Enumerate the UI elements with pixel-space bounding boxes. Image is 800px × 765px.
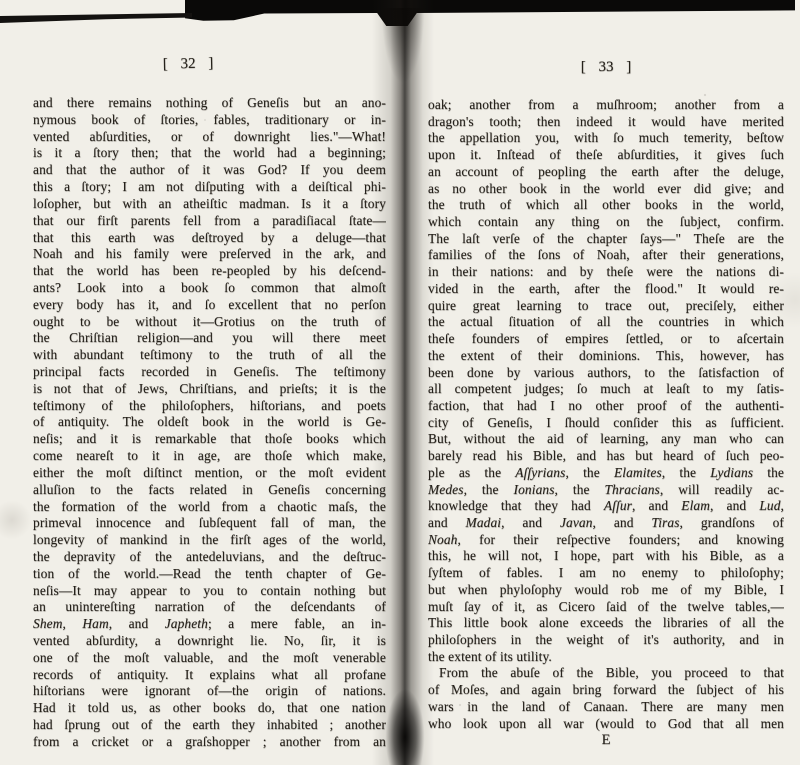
text-line: families of the ſons of Noah, after thei… [428, 247, 784, 264]
text-line: longevity of mankind in the firſt ages o… [33, 532, 386, 549]
page-number-left: [ 32 ] [132, 55, 244, 74]
text-line: primeval innocence and ſubſequent fall o… [33, 515, 386, 532]
text-line: the depravity of the antedeluvians, and … [33, 549, 386, 566]
text-line: muſt ſay of it, as Cicero ſaid of the tw… [428, 599, 784, 616]
italic-text: Javan [560, 515, 593, 530]
scan-top-edge-artifact [185, 0, 795, 26]
text-line: vided in the earth, after the flood." It… [428, 281, 784, 298]
text-line: that the world has been re-peopled by hi… [33, 263, 386, 280]
text-line: quire great learning to trace out, preci… [428, 298, 784, 315]
text-line: an account of peopling the earth after t… [428, 164, 784, 181]
text-line: tion of the world.—Read the tenth chapte… [33, 566, 386, 583]
italic-text: Japheth [165, 616, 208, 631]
text-line: the extent of its utility. [428, 649, 784, 666]
text-line: hiſtorians were ignorant of—the origin o… [33, 683, 386, 700]
page-number-right: [ 33 ] [550, 59, 662, 76]
text-line: upon it. Inſtead of theſe abſurdities, i… [428, 147, 784, 164]
text-line: wars in the land of Canaan. There are ma… [428, 699, 784, 716]
text-line: the appellation you, with ſo much temeri… [428, 130, 784, 147]
text-line: of Moſes, and again bring forward the ſu… [428, 682, 784, 699]
text-line: which contain any thing on the ſubject, … [428, 214, 784, 231]
text-line: is not that of Jews, Chriſtians, and pri… [33, 381, 386, 398]
italic-text: Medes [428, 482, 464, 497]
left_page-lines: and there remains nothing of Geneſis but… [33, 95, 386, 751]
text-line: records of antiquity. It explains what a… [33, 667, 386, 684]
text-line: philoſophers in the weight of it's autho… [428, 632, 784, 649]
italic-text: Lydians [710, 465, 753, 480]
text-line: city of Geneſis, I ſhould conſider this … [428, 415, 784, 432]
text-line: ſyſtem of fables. I am no enemy to philo… [428, 565, 784, 582]
text-line: The laſt verſe of the chapter ſays—" The… [428, 231, 784, 248]
left-page: and there remains nothing of Geneſis but… [33, 95, 386, 751]
right_page-lines: oak; another from a muſhroom; another fr… [428, 97, 784, 732]
text-line: and that the author of it was God? If yo… [33, 162, 386, 179]
text-line: the Chriſtian religion—and you will ther… [33, 330, 386, 347]
text-line: from a cricket or a graſshopper ; anothe… [33, 734, 386, 751]
text-line: the extent of their dominions. This, how… [428, 348, 784, 365]
text-line: come neareſt to it in age, are thoſe whi… [33, 448, 386, 465]
text-line: ants? Look into a book ſo common that al… [33, 280, 386, 297]
text-line: that this earth was deſtroyed by a delug… [33, 230, 386, 247]
italic-text: Noah [428, 532, 458, 547]
text-line: of antiquity. The oldeſt book in the wor… [33, 414, 386, 431]
page-gutter-shadow-bottom [381, 678, 429, 765]
book-scan-surface: [ 32 ] [ 33 ] and there remains nothing … [0, 0, 800, 765]
text-line: ple as the Aſſyrians, the Elamites, the … [428, 465, 784, 482]
text-line: all competent judges; ſo much at leaſt t… [428, 381, 784, 398]
scan-top-left-edge-artifact [0, 13, 192, 23]
italic-text: Elamites [614, 465, 662, 480]
italic-text: Tiras [651, 515, 679, 530]
text-line: barely read his Bible, and has but heard… [428, 448, 784, 465]
text-line: the truth of which all other books in th… [428, 197, 784, 214]
text-line: who look upon all war (would to God that… [428, 716, 784, 733]
text-line: had ſprung out of the earth they inhabit… [33, 717, 386, 734]
text-line: either the moſt diſtinct mention, or the… [33, 465, 386, 482]
text-line: an unintereſting narration of the deſcen… [33, 599, 386, 616]
text-line: From the abuſe of the Bible, you proceed… [428, 665, 784, 682]
text-line: knowledge that they had Aſſur, and Elam,… [428, 498, 784, 515]
text-line: in their nations: and by theſe were the … [428, 264, 784, 281]
text-line: loſopher, but with an atheiſtic madman. … [33, 196, 386, 213]
text-line: but when phyloſophy would rob me of my B… [428, 582, 784, 599]
text-line: and there remains nothing of Geneſis but… [33, 95, 386, 112]
text-line: teſtimony of the philoſophers, hiſtorian… [33, 398, 386, 415]
text-line: alluſion to the facts related in Geneſis… [33, 482, 386, 499]
text-line: this a ſtory; I am not diſputing with a … [33, 179, 386, 196]
text-line: the actual ſituation of all the countrie… [428, 314, 784, 331]
text-line: every body has it, and ſo excellent that… [33, 297, 386, 314]
text-line: But, without the aid of learning, any ma… [428, 431, 784, 448]
text-line: as no other book in the world ever did g… [428, 181, 784, 198]
text-line: and Madai, and Javan, and Tiras, grandſo… [428, 515, 784, 532]
text-line: This little book alone exceeds the libra… [428, 615, 784, 632]
text-line: vented abſurdity, a downright lie. No, ſ… [33, 633, 386, 650]
text-line: with abundant teſtimony to the truth of … [33, 347, 386, 364]
text-line: faction, that had I no other proof of th… [428, 398, 784, 415]
text-line: Noah and his family were preſerved in th… [33, 246, 386, 263]
italic-text: Shem [33, 616, 62, 631]
text-line: vented abſurdities, or of downright lies… [33, 129, 386, 146]
text-line: is it a ſtory then; that the world had a… [33, 145, 386, 162]
text-line: Shem, Ham, and Japheth; a mere fable, an… [33, 616, 386, 633]
text-line: Medes, the Ionians, the Thracians, will … [428, 482, 784, 499]
text-line: theſe founders of empires ſettled, or to… [428, 331, 784, 348]
italic-text: Ham [82, 616, 108, 631]
text-line: this, he will not, I hope, part with his… [428, 548, 784, 565]
italic-text: Elam [681, 498, 710, 513]
text-line: ought to be without it—Grotius on the tr… [33, 314, 386, 331]
text-line: principal facts recorded in Geneſis. The… [33, 364, 386, 381]
text-line: dragon's tooth; then indeed it would hav… [428, 114, 784, 131]
italic-text: Aſſur [604, 498, 632, 513]
text-line: nymous book of ſtories, fables, traditio… [33, 112, 386, 129]
text-line: one of the moſt valuable, and the moſt v… [33, 650, 386, 667]
signature-mark: E [428, 732, 784, 749]
italic-text: Madai [466, 515, 502, 530]
text-line: Noah, for their reſpective founders; and… [428, 532, 784, 549]
text-line: Had it told us, as other books do, that … [33, 700, 386, 717]
text-line: oak; another from a muſhroom; another fr… [428, 97, 784, 114]
right-page: oak; another from a muſhroom; another fr… [428, 97, 784, 732]
text-line: been done by various authors, to the ſat… [428, 365, 784, 382]
italic-text: Thracians [604, 482, 659, 497]
text-line: neſis—It may appear to you to contain no… [33, 583, 386, 600]
text-line: the formation of the world from a chaoti… [33, 499, 386, 516]
italic-text: Aſſyrians [515, 465, 565, 480]
italic-text: Ionians [514, 482, 555, 497]
text-line: neſis; and it is remarkable that thoſe b… [33, 431, 386, 448]
text-line: that our firſt parents fell from a parad… [33, 213, 386, 230]
italic-text: Lud [759, 498, 780, 513]
